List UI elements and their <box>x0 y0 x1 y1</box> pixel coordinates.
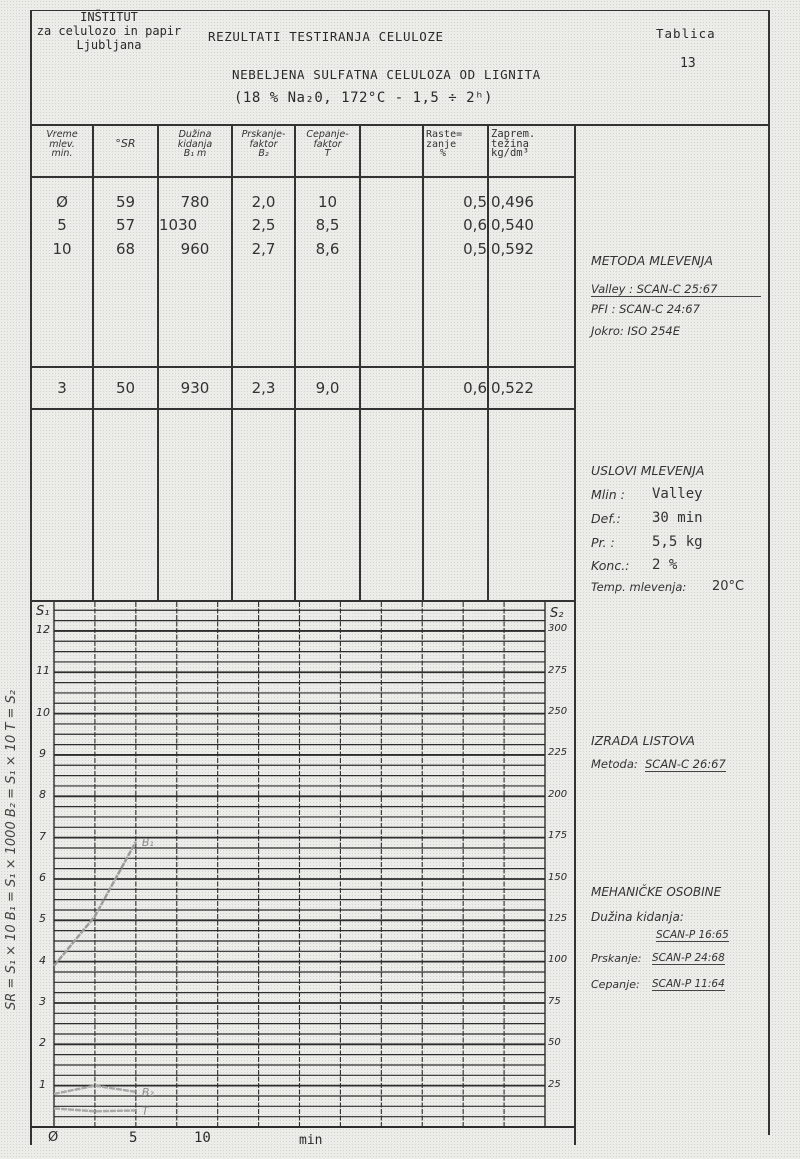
y-tick-label: 3 <box>39 995 46 1008</box>
y2-tick-label: 75 <box>548 996 561 1007</box>
y-tick-label: 10 <box>36 706 50 719</box>
y-tick-label: 6 <box>39 871 46 884</box>
y2-tick-label: 225 <box>548 747 567 758</box>
y-tick-label: 7 <box>39 830 46 843</box>
y-tick-label: 5 <box>39 912 46 925</box>
y2-tick-label: 150 <box>548 872 567 883</box>
x-tick-5: 5 <box>129 1130 137 1146</box>
svg-text:B₁: B₁ <box>142 836 154 849</box>
y-tick-label: 11 <box>36 664 50 677</box>
x-tick-10: 10 <box>194 1130 211 1146</box>
y-tick-label: 8 <box>39 788 46 801</box>
y2-tick-label: 50 <box>548 1037 561 1048</box>
x-tick-0: Ø <box>48 1130 58 1145</box>
y2-tick-label: 100 <box>548 954 567 965</box>
svg-text:B₂: B₂ <box>142 1086 155 1099</box>
y-tick-label: 12 <box>36 623 50 636</box>
y2-tick-label: 25 <box>548 1079 561 1090</box>
y2-tick-label: 175 <box>548 830 567 841</box>
y2-tick-label: 275 <box>548 665 567 676</box>
x-axis-unit: min <box>299 1133 322 1148</box>
y2-tick-label: 250 <box>548 706 567 717</box>
y2-tick-label: 125 <box>548 913 567 924</box>
chart-grid: B₁B₂T <box>0 0 800 1159</box>
y2-tick-label: 300 <box>548 623 567 634</box>
y2-tick-label: 200 <box>548 789 567 800</box>
y-tick-label: 4 <box>39 954 46 967</box>
y-tick-label: 2 <box>39 1036 46 1049</box>
y-tick-label: 1 <box>39 1078 46 1091</box>
y-tick-label: 9 <box>39 747 46 760</box>
